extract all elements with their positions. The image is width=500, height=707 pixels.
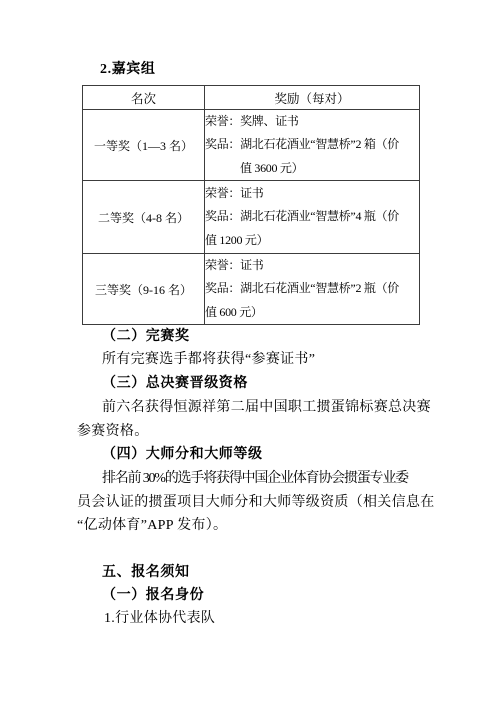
reward-line: 荣誉：证书 bbox=[205, 182, 419, 205]
table-row: 二等奖（4-8 名） 荣誉：证书 奖品：湖北石花酒业“智慧桥”4 瓶（价 值 1… bbox=[83, 181, 420, 254]
finals-qualification-line2: 参赛资格。 bbox=[77, 422, 149, 441]
rank-cell-second-prize: 二等奖（4-8 名） bbox=[83, 181, 205, 254]
reward-line: 奖品：湖北石花酒业“智慧桥”4 瓶（价 bbox=[205, 205, 419, 228]
document-page: 2.嘉宾组 名次 奖励（每对） 一等奖（1—3 名） 荣誉：奖牌、证书 奖品：湖… bbox=[0, 0, 500, 707]
guest-group-heading: 2.嘉宾组 bbox=[100, 60, 156, 79]
reward-line: 奖品：湖北石花酒业“智慧桥”2 箱（价 bbox=[205, 133, 419, 156]
reward-line: 荣誉：奖牌、证书 bbox=[205, 110, 419, 133]
finals-qualification-heading: （三）总决赛晋级资格 bbox=[102, 374, 248, 393]
registration-notice-heading: 五、报名须知 bbox=[102, 563, 190, 582]
reward-line: 荣誉：证书 bbox=[205, 254, 419, 277]
identity-item-industry-team: 1.行业体协代表队 bbox=[104, 609, 215, 628]
reward-cell-second-prize: 荣誉：证书 奖品：湖北石花酒业“智慧桥”4 瓶（价 值 1200 元） bbox=[205, 181, 420, 254]
master-grade-heading: （四）大师分和大师等级 bbox=[102, 445, 263, 464]
prize-table: 名次 奖励（每对） 一等奖（1—3 名） 荣誉：奖牌、证书 奖品：湖北石花酒业“… bbox=[82, 85, 420, 325]
finals-qualification-line1: 前六名获得恒源祥第二届中国职工掼蛋锦标赛总决赛 bbox=[102, 398, 431, 417]
finish-award-heading: （二）完赛奖 bbox=[102, 327, 190, 346]
master-grade-line1: 排名前 30%的选手将获得中国企业体育协会掼蛋专业委 bbox=[102, 469, 408, 488]
registration-identity-heading: （一）报名身份 bbox=[102, 586, 204, 605]
table-header-reward: 奖励（每对） bbox=[205, 86, 420, 110]
table-header-row: 名次 奖励（每对） bbox=[83, 86, 420, 110]
reward-line: 奖品：湖北石花酒业“智慧桥”2 瓶（价 bbox=[205, 277, 419, 300]
reward-line: 值 1200 元） bbox=[205, 229, 419, 252]
rank-cell-third-prize: 三等奖（9-16 名） bbox=[83, 254, 205, 325]
table-row: 一等奖（1—3 名） 荣誉：奖牌、证书 奖品：湖北石花酒业“智慧桥”2 箱（价 … bbox=[83, 110, 420, 181]
finish-award-body: 所有完赛选手都将获得“参赛证书” bbox=[102, 350, 315, 369]
reward-cell-third-prize: 荣誉：证书 奖品：湖北石花酒业“智慧桥”2 瓶（价 值 600 元） bbox=[205, 254, 420, 325]
table-row: 三等奖（9-16 名） 荣誉：证书 奖品：湖北石花酒业“智慧桥”2 瓶（价 值 … bbox=[83, 254, 420, 325]
reward-cell-first-prize: 荣誉：奖牌、证书 奖品：湖北石花酒业“智慧桥”2 箱（价 值 3600 元） bbox=[205, 110, 420, 181]
reward-line: 值 3600 元） bbox=[205, 157, 419, 180]
master-grade-line3: “亿动体育”APP 发布）。 bbox=[77, 516, 227, 535]
rank-cell-first-prize: 一等奖（1—3 名） bbox=[83, 110, 205, 181]
table-header-rank: 名次 bbox=[83, 86, 205, 110]
master-grade-line2: 员会认证的掼蛋项目大师分和大师等级资质（相关信息在 bbox=[77, 493, 435, 512]
reward-line: 值 600 元） bbox=[205, 301, 419, 324]
